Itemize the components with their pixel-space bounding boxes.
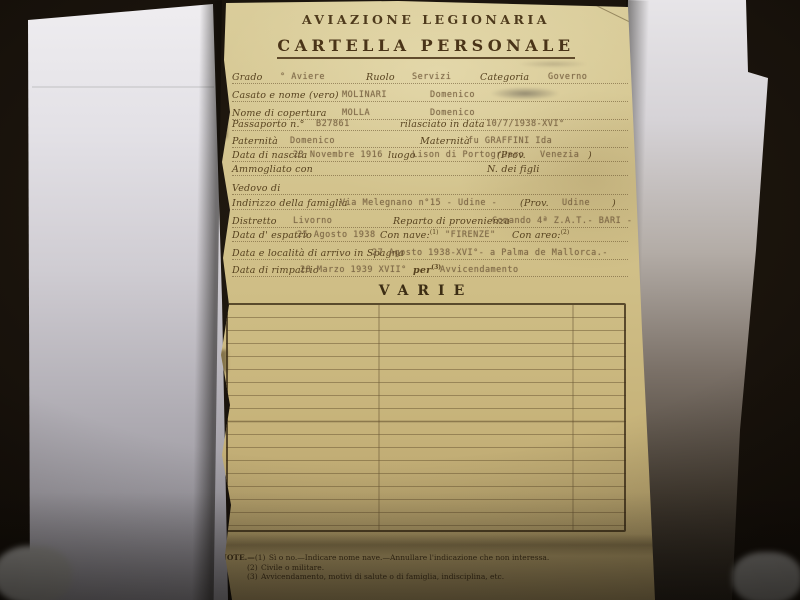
field-row-ammogliato: Ammogliato con N. dei figli [232, 162, 628, 176]
ruolo-label: Ruolo [366, 72, 395, 83]
per-label: per(3) [413, 264, 441, 276]
footnote-number: (1) [255, 553, 269, 563]
field-row-casato: Casato e nome (vero) MOLINARI Domenico [232, 88, 628, 102]
per-label-text: per [413, 265, 431, 276]
prov-label: (Prov. [497, 150, 526, 161]
footnotes: NOTE.— (1) Sì o no.—Indicare nome nave.—… [220, 553, 628, 582]
form-title: CARTELLA PERSONALE [277, 36, 574, 59]
field-row-indirizzo: Indirizzo della famiglia Via Melegnano n… [232, 196, 628, 210]
grado-value: ° Aviere [280, 72, 325, 82]
distretto-label: Distretto [232, 216, 277, 227]
indirizzo-value: Via Melegnano n°15 - Udine - [340, 198, 497, 208]
figli-label: N. dei figli [487, 164, 540, 175]
footnote-number: (2) [247, 563, 261, 573]
espatrio-value: 25 Agosto 1938 [297, 230, 376, 240]
areo-footnote-ref: (2) [561, 229, 570, 236]
footnote-number: (3) [247, 572, 261, 582]
indirizzo-label: Indirizzo della famiglia [232, 198, 348, 209]
distretto-value: Livorno [293, 216, 332, 226]
paternita-label: Paternità [232, 136, 278, 147]
ammogliato-label: Ammogliato con [232, 164, 313, 175]
footnote-line: (2) Civile o militare. [220, 563, 628, 573]
form-title-wrap: CARTELLA PERSONALE [218, 36, 634, 59]
footnote-line: (3) Avvicendamento, motivi di salute o d… [220, 572, 628, 582]
form-paper: AVIAZIONE LEGIONARIA CARTELLA PERSONALE … [218, 0, 658, 600]
field-row-paternita: Paternità Domenico Maternità fu GRAFFINI… [232, 134, 628, 148]
footnote-line: NOTE.— (1) Sì o no.—Indicare nome nave.—… [220, 553, 628, 563]
field-row-espatrio: Data d' espatrio 25 Agosto 1938 Con nave… [232, 228, 628, 242]
indirizzo-prov-value: Udine [562, 198, 590, 208]
reparto-value: Comando 4ª Z.A.T.- BARI - [492, 216, 632, 226]
field-row-nascita: Data di nascita 23 Novembre 1916 luogo L… [232, 148, 628, 162]
areo-label-text: Con areo: [512, 230, 561, 241]
maternita-value: fu GRAFFINI Ida [468, 136, 552, 146]
prov-close: ) [588, 150, 592, 161]
horizontal-crease [228, 420, 624, 423]
footnote-text: Sì o no.—Indicare nome nave.—Annullare l… [269, 553, 549, 563]
arrivo-value: 27 Agosto 1938-XVI°- a Palma de Mallorca… [372, 248, 608, 258]
prov-value: Venezia [540, 150, 579, 160]
indirizzo-prov-label: (Prov. [520, 198, 549, 209]
maternita-label: Maternità [420, 136, 470, 147]
vertical-crease [572, 305, 574, 530]
footnote-text: Civile o militare. [261, 563, 324, 573]
field-row-grado: Grado ° Aviere Ruolo Servizi Categoria G… [232, 70, 628, 84]
rilasciato-label: rilasciato in data [400, 119, 485, 130]
casato-label: Casato e nome (vero) [232, 90, 339, 101]
footnote-text: Avvicendamento, motivi di salute o di fa… [261, 572, 504, 582]
nave-value: "FIRENZE" [445, 230, 496, 240]
nave-label: Con nave:(1) [380, 229, 438, 241]
field-row-arrivo: Data e località di arrivo in Spagna 27 A… [232, 246, 628, 260]
rilasciato-value: 10/7/1938-XVI° [486, 119, 565, 129]
pencil-smudge [518, 60, 588, 68]
field-row-passaporto: Passaporto n.° B27861 rilasciato in data… [232, 117, 628, 131]
vedovo-label: Vedovo di [232, 183, 280, 194]
varie-title: VARIE [218, 283, 634, 299]
nave-footnote-ref: (1) [430, 229, 439, 236]
casato-name: Domenico [430, 90, 475, 100]
areo-label: Con areo:(2) [512, 229, 569, 241]
per-value: Avvicendamento [440, 265, 519, 275]
org-title: AVIAZIONE LEGIONARIA [218, 12, 634, 27]
field-row-distretto: Distretto Livorno Reparto di provenienza… [232, 214, 628, 228]
vertical-crease [378, 305, 380, 530]
passaporto-value: B27861 [316, 119, 350, 129]
categoria-value: Governo [548, 72, 587, 82]
foam-block-bottom-right [732, 552, 800, 600]
nascita-value: 23 Novembre 1916 [293, 150, 383, 160]
rimpatrio-value: 28 Marzo 1939 XVII° [300, 265, 407, 275]
photo-of-document: AVIAZIONE LEGIONARIA CARTELLA PERSONALE … [0, 0, 800, 600]
crease-line [32, 86, 214, 88]
field-row-rimpatrio: Data di rimpatrio 28 Marzo 1939 XVII° pe… [232, 263, 628, 277]
casato-surname: MOLINARI [342, 90, 387, 100]
paternita-value: Domenico [290, 136, 335, 146]
foam-block-bottom-left [0, 546, 72, 600]
ruolo-value: Servizi [412, 72, 451, 82]
categoria-label: Categoria [480, 72, 529, 83]
varie-ruled-box [226, 303, 626, 532]
passaporto-label: Passaporto n.° [232, 119, 305, 130]
indirizzo-prov-close: ) [612, 198, 616, 209]
nave-label-text: Con nave: [380, 230, 430, 241]
grado-label: Grado [232, 72, 263, 83]
field-row-vedovo: Vedovo di [232, 181, 628, 195]
